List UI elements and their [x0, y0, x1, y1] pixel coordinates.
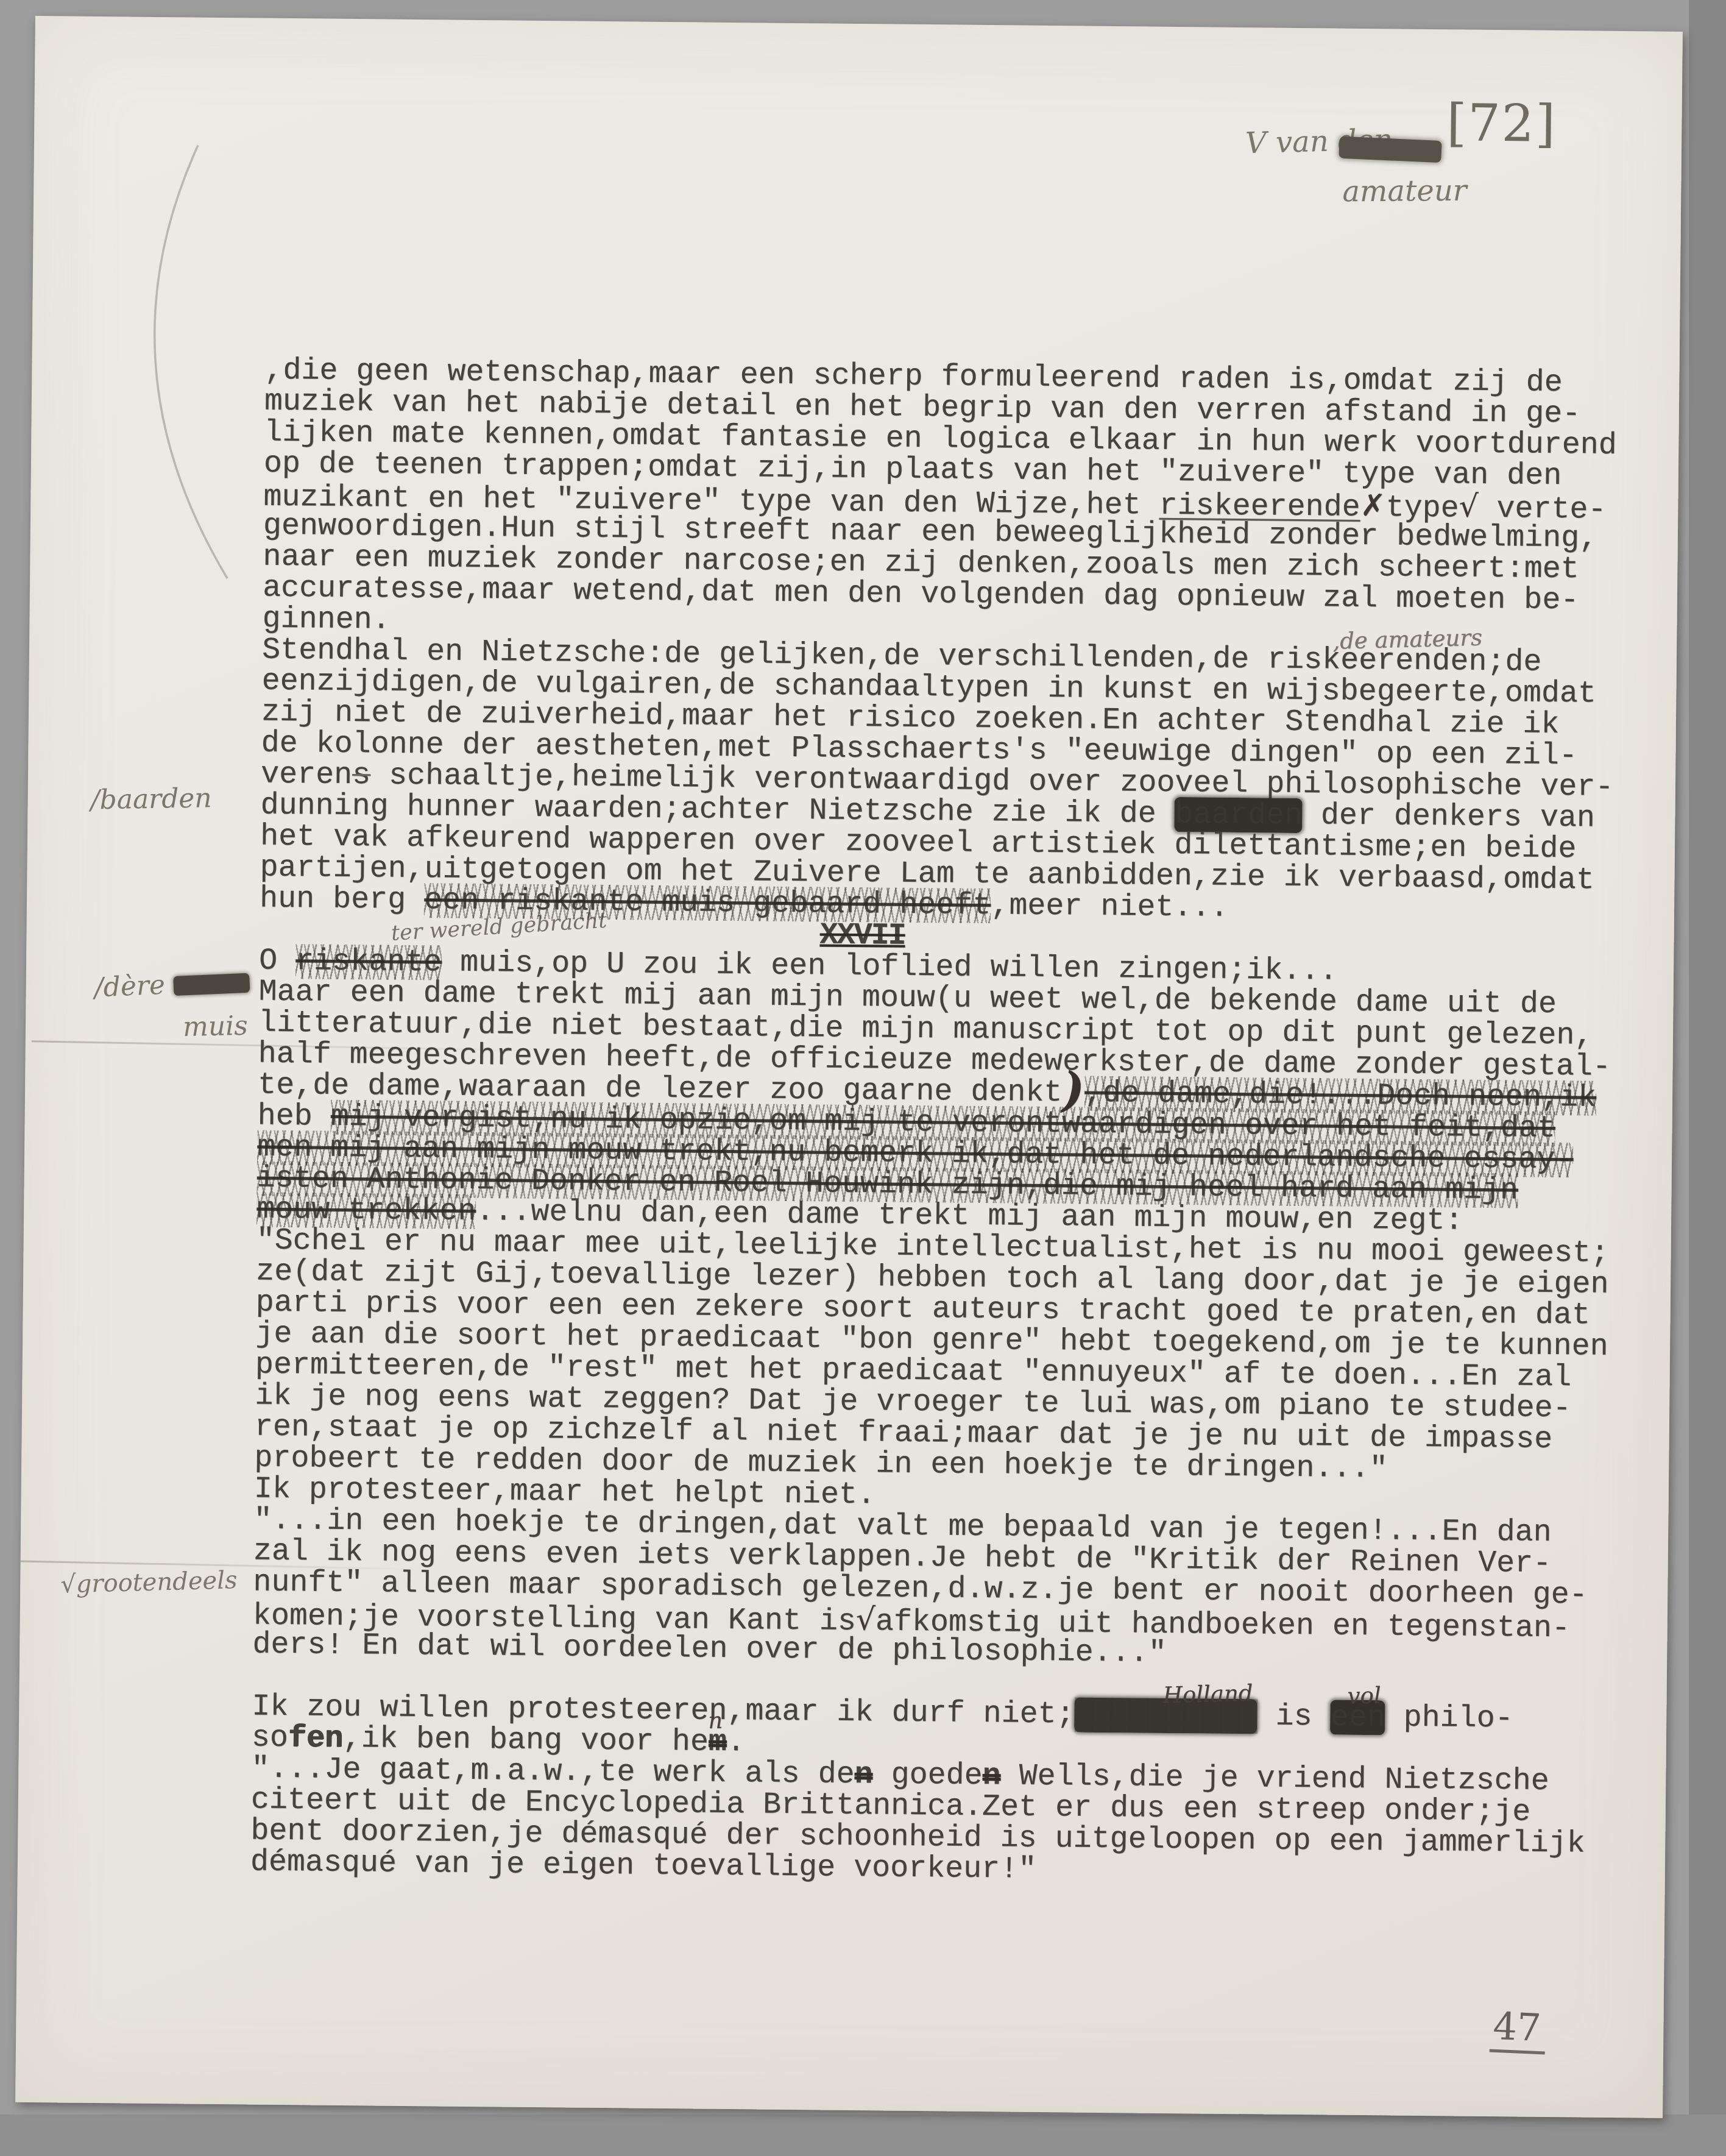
typed-text: goede [872, 1757, 983, 1793]
typed-text: heb [257, 1099, 331, 1135]
margin-note-grootendeels: √grootendeels [60, 1566, 238, 1598]
typed-text: fen [288, 1721, 344, 1756]
page-number-pencil: 47 [1490, 2004, 1547, 2055]
margin-note-baarden: /baarden [90, 782, 212, 815]
pen-crossed-letter: n [982, 1759, 1001, 1793]
typed-text: démasqué van je eigen toevallige voorkeu… [250, 1845, 1037, 1887]
pen-crossed-letter: n [854, 1757, 873, 1792]
handwritten-ink-mark: ✗ [1360, 488, 1385, 523]
margin-note-muis: muis [182, 1010, 248, 1043]
background-table-surface [0, 2115, 1726, 2156]
pencil-stray-curve [38, 101, 299, 603]
margin-note-blot [173, 973, 250, 996]
typed-text: veren [261, 757, 353, 793]
margin-note-dere: /dère [94, 966, 250, 1004]
struck-chapter-numeral: XXVII [819, 918, 905, 953]
typed-text: ginnen. [262, 602, 391, 638]
typed-text-block: ,die geen wetenschap,maar een scherp for… [250, 355, 1697, 1892]
typed-text: . [727, 1725, 746, 1760]
header-struck-word-blot [1339, 137, 1441, 163]
ink-blot: baarden [1174, 797, 1303, 833]
header-page-reference: [72] [1446, 93, 1557, 154]
typed-text: philo- [1385, 1700, 1513, 1736]
typed-text: ,meer niet... [991, 888, 1229, 926]
scanned-manuscript-photo: { "scan": { "background_color": "#9d9d9d… [0, 0, 1726, 2156]
struck-letter: s [352, 758, 371, 793]
typed-text: O [259, 944, 296, 979]
header-annotation-replacement: amateur [1342, 174, 1467, 209]
background-shadow-strip [1689, 0, 1726, 2156]
typed-text: is [1257, 1699, 1331, 1734]
handwritten-ink-mark: √ [1459, 488, 1478, 523]
typed-text: so [252, 1721, 289, 1756]
margin-note-dere-text: /dère [94, 970, 166, 1004]
typed-text: ;de [1487, 645, 1542, 680]
handwritten-ink-mark: √ [856, 1601, 875, 1637]
manuscript-paper-sheet: V van den amateur [72] /baarden /dère mu… [15, 16, 1683, 2118]
typed-text: hun berg [260, 882, 425, 918]
